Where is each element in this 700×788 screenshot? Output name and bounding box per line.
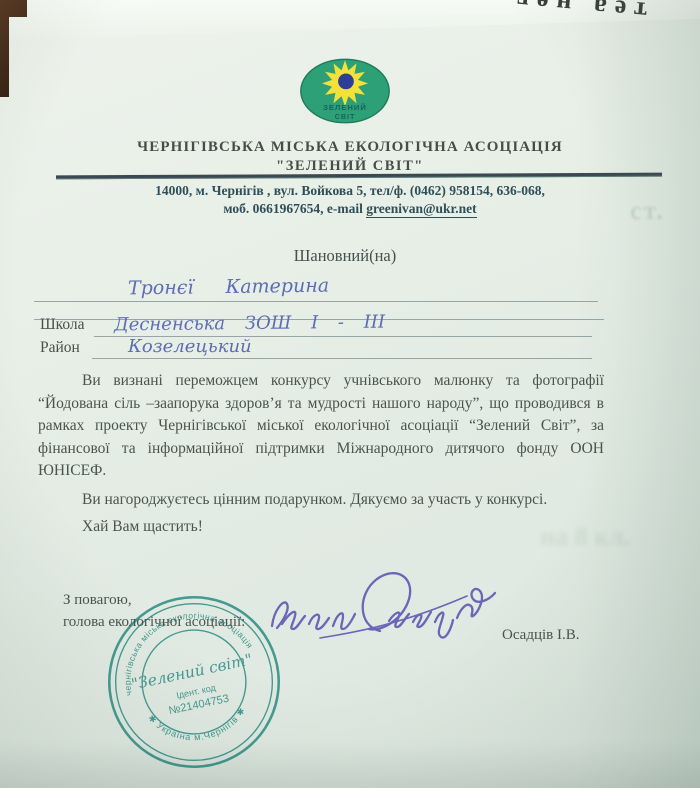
address-line-2-prefix: моб. 0661967654, e-mail bbox=[223, 201, 366, 216]
email-address: greenivan@ukr.net bbox=[366, 201, 476, 218]
logo-text-line2: СВІТ bbox=[335, 112, 356, 121]
body-paragraph-2: Ви нагороджуєтесь цінним подарунком. Дяк… bbox=[38, 489, 604, 512]
letter-content: теа нег ст. на 8 кл. ЗЕЛЕНИЙ СВІТ ЧЕРНІГ… bbox=[0, 0, 700, 788]
sunflower-logo-icon: ЗЕЛЕНИЙ СВІТ bbox=[297, 56, 393, 126]
body-paragraph-1: Ви визнані переможцем конкурсу учнівсько… bbox=[38, 370, 604, 483]
salutation-label: Шановний(на) bbox=[0, 246, 690, 266]
signer-name: Осадців І.В. bbox=[502, 627, 580, 644]
closing-regards: З повагою, bbox=[63, 592, 132, 609]
school-field-value-handwritten: Десненська ЗОШ І - ІІІ bbox=[114, 312, 385, 336]
organization-name: ЧЕРНІГІВСЬКА МІСЬКА ЕКОЛОГІЧНА АСОЦІАЦІЯ bbox=[0, 139, 700, 156]
signer-title: голова екологічної асоціації: bbox=[63, 614, 245, 631]
photographed-letter: теа нег ст. на 8 кл. ЗЕЛЕНИЙ СВІТ ЧЕРНІГ… bbox=[0, 0, 700, 788]
school-field-label: Школа bbox=[40, 316, 85, 334]
address-line-2: моб. 0661967654, e-mail greenivan@ukr.ne… bbox=[0, 201, 700, 217]
address-line-1: 14000, м. Чернігів , вул. Войкова 5, тел… bbox=[0, 183, 700, 199]
logo-text-line1: ЗЕЛЕНИЙ bbox=[323, 103, 367, 112]
district-field-label: Район bbox=[40, 339, 80, 357]
recipient-name-handwritten: Тронєї Катерина bbox=[128, 275, 329, 300]
district-underline bbox=[92, 358, 592, 359]
body-paragraph-3: Хай Вам щастить! bbox=[38, 516, 604, 539]
letter-body: Ви визнані переможцем конкурсу учнівсько… bbox=[38, 370, 604, 538]
district-field-value-handwritten: Козелецький bbox=[128, 336, 252, 357]
signature-ink bbox=[262, 568, 512, 648]
name-underline bbox=[34, 301, 598, 302]
